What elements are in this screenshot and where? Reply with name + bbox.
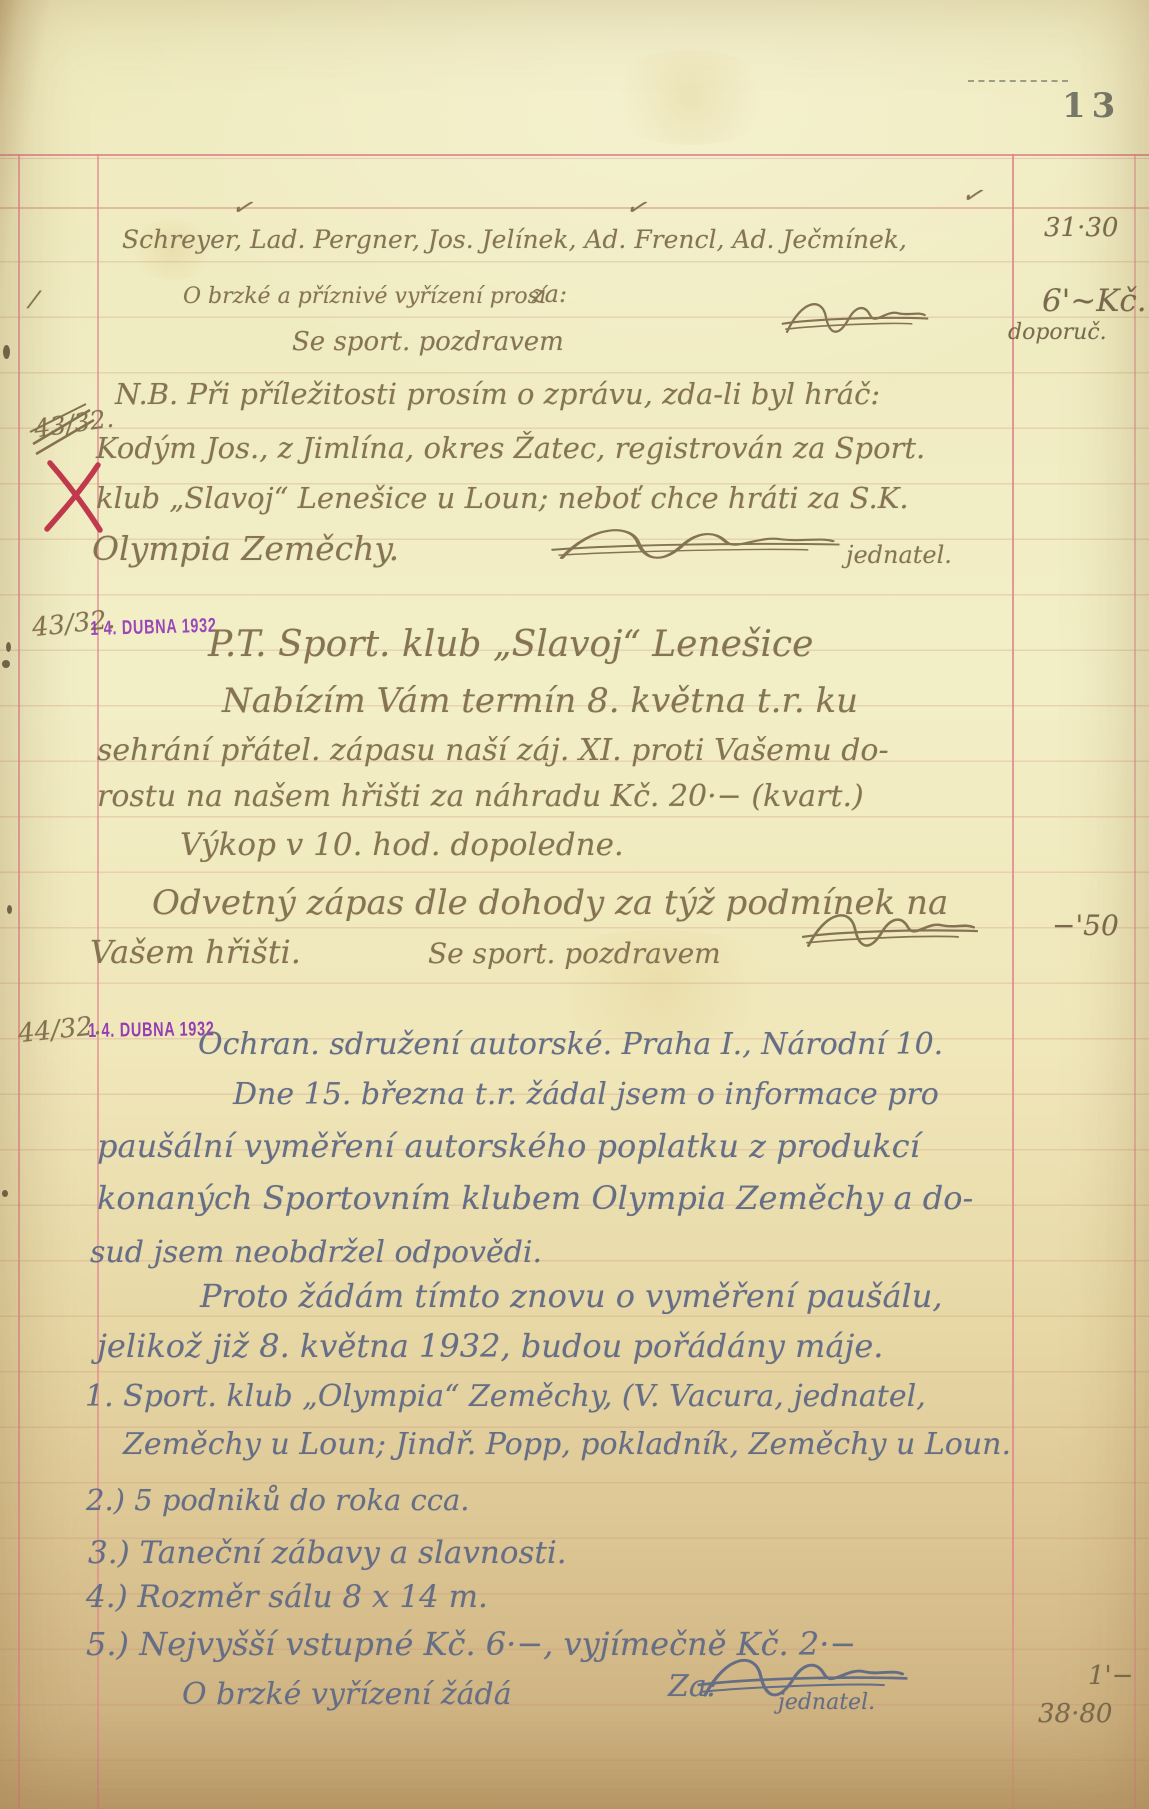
entry-prev-signer-title: jednatel. xyxy=(846,542,952,570)
entry-44-line-3: konaných Sportovním klubem Olympia Zeměc… xyxy=(97,1180,973,1217)
margin-amount-50: −'50 xyxy=(1052,910,1119,942)
entry-44-line-4: sud jsem neobdržel odpovědi. xyxy=(90,1236,542,1271)
entry-prev-request-line: O brzké a příznivé vyřízení prosí xyxy=(183,284,546,309)
binding-speck xyxy=(2,660,10,668)
margin-fee-note: 6'~Kč. xyxy=(1042,284,1147,320)
check-mark: ✓ xyxy=(229,192,254,223)
entry-44-line-0: Ochran. sdružení autorské. Praha I., Nár… xyxy=(198,1028,943,1063)
margin-total: 38·80 xyxy=(1038,1700,1112,1730)
date-stamp: 1 4. DUBNA 1932 xyxy=(90,615,217,641)
entry-44-line-8: Zeměchy u Loun; Jindř. Popp, pokladník, … xyxy=(123,1428,1011,1463)
margin-fee-note-2: doporuč. xyxy=(1008,320,1107,345)
entry-prev-nb-line3: klub „Slavoj“ Lenešice u Loun; neboť chc… xyxy=(96,482,909,515)
entry-44-line-7: 1. Sport. klub „Olympia“ Zeměchy, (V. Va… xyxy=(85,1380,926,1415)
left-margin-rule-outer xyxy=(18,154,20,1809)
entry-prev-closing: Se sport. pozdravem xyxy=(292,328,564,358)
binding-speck xyxy=(2,1190,8,1197)
pencil-dash-mark xyxy=(968,80,1068,82)
header-rule-top-double xyxy=(0,158,1149,159)
signature-scribble xyxy=(800,902,980,970)
entry-43-line-2: sehrání přátel. zápasu naší záj. XI. pro… xyxy=(97,734,889,769)
binding-speck xyxy=(6,642,11,652)
entry-prev-nb-line4: Olympia Zeměchy. xyxy=(92,530,399,568)
entry-prev-nb-line1: N.B. Při příležitosti prosím o zprávu, z… xyxy=(115,378,880,411)
pencil-slash-mark: ∕ xyxy=(28,286,41,315)
entry-43-line-0: P.T. Sport. klub „Slavoj“ Lenešice xyxy=(208,624,813,665)
entry-43-line-6: Vašem hřišti. xyxy=(90,934,301,971)
entry-43-line-4: Výkop v 10. hod. dopoledne. xyxy=(180,828,624,864)
binding-speck xyxy=(3,345,10,359)
signature-scribble xyxy=(780,292,930,354)
entry-44-line-1: Dne 15. března t.r. žádal jsem o informa… xyxy=(233,1078,939,1113)
date-stamp: 1 4. DUBNA 1932 xyxy=(88,1018,215,1043)
entry-44-line-9: 2.) 5 podniků do roka cca. xyxy=(86,1484,470,1517)
margin-amount-1: 1'− xyxy=(1088,1662,1133,1692)
red-cross-mark xyxy=(42,458,106,534)
entry-43-line-1: Nabízím Vám termín 8. května t.r. ku xyxy=(222,682,858,721)
entry-prev-za: za: xyxy=(532,281,567,309)
scribble-strikes xyxy=(28,402,100,460)
page-number: 13 xyxy=(1062,86,1121,126)
entry-44-closing: O brzké vyřízení žádá xyxy=(182,1678,512,1713)
entry-44-line-10: 3.) Taneční zábavy a slavnosti. xyxy=(88,1536,567,1572)
header-rule-top xyxy=(0,154,1149,156)
ledger-page: 13 31·30 6'~Kč. doporuč. Schreyer, Lad. … xyxy=(0,0,1149,1809)
entry-44-line-6: jelikož již 8. května 1932, budou pořádá… xyxy=(97,1328,883,1365)
paper-stain xyxy=(600,50,780,145)
entry-43-closing: Se sport. pozdravem xyxy=(428,938,721,970)
right-margin-rule-inner xyxy=(1012,154,1014,1809)
entry-44-line-2: paušální vyměření autorského poplatku z … xyxy=(97,1128,920,1165)
check-mark: ✓ xyxy=(623,192,648,223)
entry-44-line-5: Proto žádám tímto znovu o vyměření paušá… xyxy=(200,1278,943,1315)
entry-prev-nb-line2: Kodým Jos., z Jimlína, okres Žatec, regi… xyxy=(96,432,925,465)
entry-prev-names-line: Schreyer, Lad. Pergner, Jos. Jelínek, Ad… xyxy=(122,226,907,255)
margin-note-3130: 31·30 xyxy=(1044,214,1118,244)
check-mark: ✓ xyxy=(959,180,984,211)
signature-scribble xyxy=(548,518,843,580)
entry-43-line-3: rostu na našem hřišti za náhradu Kč. 20·… xyxy=(97,780,864,815)
right-margin-rule-outer xyxy=(1134,154,1136,1809)
entry-44-signer-title: jednatel. xyxy=(778,1690,875,1715)
entry-44-line-11: 4.) Rozměr sálu 8 x 14 m. xyxy=(86,1580,488,1616)
binding-speck xyxy=(7,905,12,914)
